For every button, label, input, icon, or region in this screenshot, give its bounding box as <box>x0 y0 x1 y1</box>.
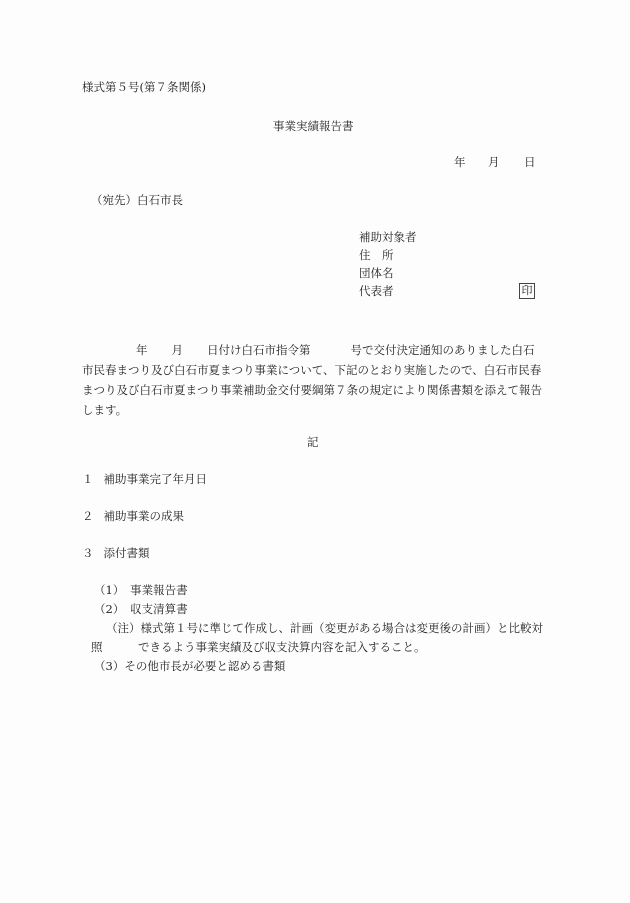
representative-label: 代表者 <box>359 286 394 298</box>
addressee: （宛先）白石市長 <box>91 195 183 207</box>
body-line2: 市民春まつり及び白石市夏まつり事業について、下記のとおり実施したので、白石市民春 <box>82 360 550 380</box>
body-line1-a: 日付け白石市指令第 <box>207 343 311 357</box>
address-label: 住 所 <box>359 250 394 262</box>
item-3: ３添付書類 <box>82 548 150 560</box>
form-number: 様式第５号(第７条関係) <box>82 82 206 94</box>
item-number: １ <box>82 472 94 486</box>
body-line4: します。 <box>82 400 550 420</box>
item-number: ３ <box>82 546 94 560</box>
body-year: 年 <box>136 343 148 357</box>
note-line2: できるよう事業実績及び収支決算内容を記入すること。 <box>138 642 426 654</box>
body-line3: まつり及び白石市夏まつり事業補助金交付要綱第７条の規定により関係書類を添えて報告 <box>82 380 550 400</box>
date-day: 日 <box>524 157 536 169</box>
item-1: １補助事業完了年月日 <box>82 474 207 486</box>
item-2: ２補助事業の成果 <box>82 511 184 523</box>
seal-icon: 印 <box>519 283 535 299</box>
attachment-3: （3）その他市長が必要と認める書類 <box>94 661 285 673</box>
note-line2-prefix: 照 <box>91 642 103 654</box>
date-month: 月 <box>488 157 500 169</box>
document-title: 事業実績報告書 <box>273 121 354 133</box>
date-year: 年 <box>454 157 466 169</box>
body-paragraph: 年月日付け白石市指令第号で交付決定通知のありました白石 市民春まつり及び白石市夏… <box>82 340 550 420</box>
item-label: 補助事業の成果 <box>104 509 185 523</box>
group-name-label: 団体名 <box>359 268 394 280</box>
applicant-heading: 補助対象者 <box>359 232 417 244</box>
attachment-2: （2） 収支清算書 <box>94 604 188 616</box>
item-label: 補助事業完了年月日 <box>104 472 208 486</box>
attachment-1: （1） 事業報告書 <box>94 585 188 597</box>
ki-heading: 記 <box>307 437 319 449</box>
note-line1: （注）様式第１号に準じて作成し、計画（変更がある場合は変更後の計画）と比較対 <box>106 623 543 635</box>
body-month: 月 <box>172 343 184 357</box>
item-label: 添付書類 <box>104 546 150 560</box>
item-number: ２ <box>82 509 94 523</box>
body-line1-b: 号で交付決定通知のありました白石 <box>351 343 535 357</box>
